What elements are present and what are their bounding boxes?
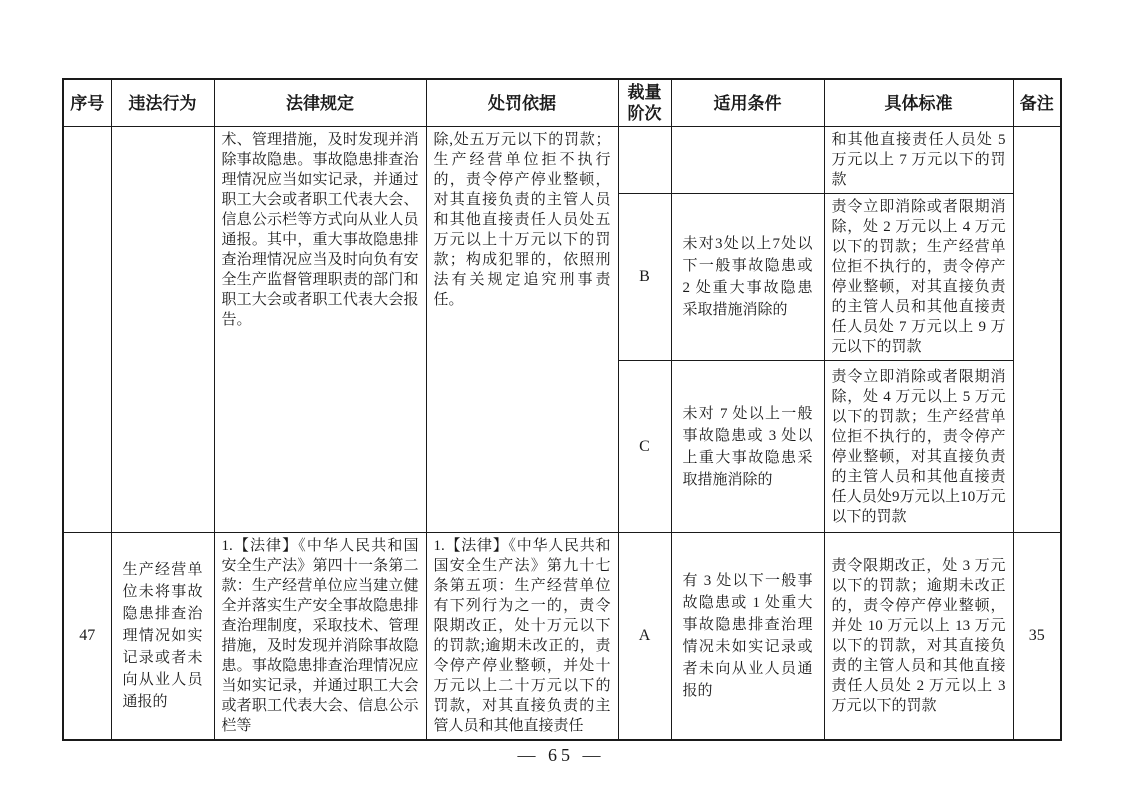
cell-cont-level-1 [618, 127, 671, 194]
page-number: — 65 — [0, 745, 1122, 766]
cell-cont-standard-b: 责令立即消除或者限期消除，处 2 万元以上 4 万元以下的罚款；生产经营单位拒不… [824, 194, 1013, 361]
cell-47-legal-provision: 1.【法律】《中华人民共和国安全生产法》第四十一条第二款：生产经营单位应当建立健… [214, 533, 426, 741]
cell-47-serial: 47 [63, 533, 111, 741]
cell-47-remark: 35 [1013, 533, 1061, 741]
cell-cont-standard-1: 和其他直接责任人员处 5 万元以上 7 万元以下的罚款 [824, 127, 1013, 194]
cell-cont-level-b: B [618, 194, 671, 361]
col-header-specific-standard: 具体标准 [824, 79, 1013, 127]
cell-cont-standard-c: 责令立即消除或者限期消除，处 4 万元以上 5 万元以下的罚款；生产经营单位拒不… [824, 361, 1013, 533]
cell-47-level-a: A [618, 533, 671, 741]
cell-47-penalty-basis: 1.【法律】《中华人民共和国安全生产法》第九十七条第五项：生产经营单位有下列行为… [426, 533, 618, 741]
col-header-legal-provision: 法律规定 [214, 79, 426, 127]
penalty-discretion-table: 序号 违法行为 法律规定 处罚依据 裁量阶次 适用条件 具体标准 备注 术、管理… [62, 78, 1062, 741]
col-header-penalty-basis: 处罚依据 [426, 79, 618, 127]
cell-cont-remark [1013, 127, 1061, 533]
cell-47-illegal-act: 生产经营单位未将事故隐患排查治理情况如实记录或者未向从业人员通报的 [111, 533, 214, 741]
col-header-illegal-act: 违法行为 [111, 79, 214, 127]
table-row-47: 47 生产经营单位未将事故隐患排查治理情况如实记录或者未向从业人员通报的 1.【… [63, 533, 1061, 741]
col-header-discretion-level: 裁量阶次 [618, 79, 671, 127]
table-header-row: 序号 违法行为 法律规定 处罚依据 裁量阶次 适用条件 具体标准 备注 [63, 79, 1061, 127]
cell-cont-serial [63, 127, 111, 533]
cell-cont-condition-c: 未对 7 处以上一般事故隐患或 3 处以上重大事故隐患采取措施消除的 [671, 361, 824, 533]
col-header-serial-number: 序号 [63, 79, 111, 127]
col-header-remarks: 备注 [1013, 79, 1061, 127]
cell-cont-condition-1 [671, 127, 824, 194]
cell-cont-condition-b: 未对3处以上7处以下一般事故隐患或 2 处重大事故隐患采取措施消除的 [671, 194, 824, 361]
cell-cont-legal-provision: 术、管理措施，及时发现并消除事故隐患。事故隐患排查治理情况应当如实记录，并通过职… [214, 127, 426, 533]
document-page: 序号 违法行为 法律规定 处罚依据 裁量阶次 适用条件 具体标准 备注 术、管理… [0, 0, 1122, 793]
cell-cont-illegal-act [111, 127, 214, 533]
cell-cont-penalty-basis: 除,处五万元以下的罚款；生产经营单位拒不执行的，责令停产停业整顿，对其直接负责的… [426, 127, 618, 533]
cell-47-condition-a: 有 3 处以下一般事故隐患或 1 处重大事故隐患排查治理情况未如实记录或者未向从… [671, 533, 824, 741]
cell-47-standard-a: 责令限期改正，处 3 万元以下的罚款；逾期未改正的，责令停产停业整顿，并处 10… [824, 533, 1013, 741]
continuation-row-sub1: 术、管理措施，及时发现并消除事故隐患。事故隐患排查治理情况应当如实记录，并通过职… [63, 127, 1061, 194]
cell-cont-level-c: C [618, 361, 671, 533]
col-header-applicable-condition: 适用条件 [671, 79, 824, 127]
